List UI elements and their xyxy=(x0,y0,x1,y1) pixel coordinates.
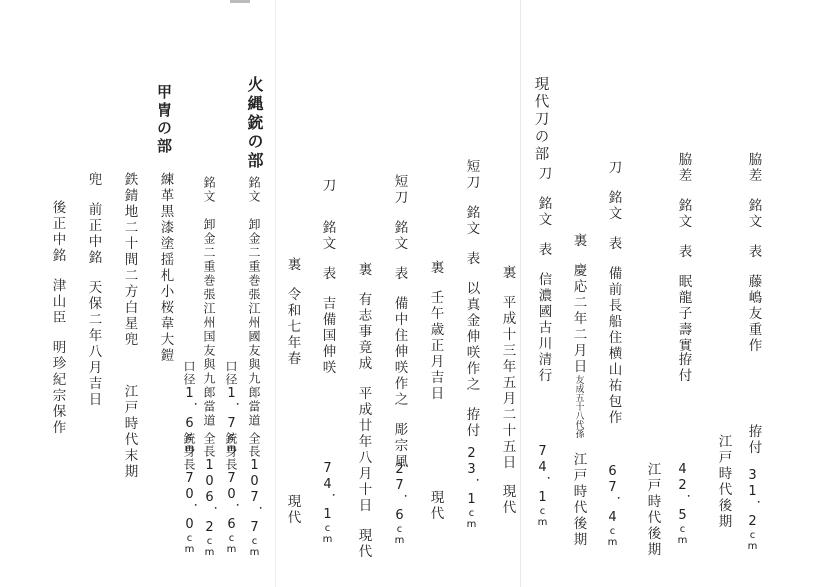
tanto-1-omote: 以真金伸咲作之 xyxy=(464,281,480,393)
katana-1-type: 刀 xyxy=(606,160,622,176)
kabuto-front-mei: 前正中銘 xyxy=(86,202,102,266)
modern-katana-ura-date: 平成十三年五月二十五日 xyxy=(500,295,516,471)
wakizashi-1-omote: 藤嶋友重作 xyxy=(746,274,762,354)
wakizashi-2-mei-label: 銘文 xyxy=(676,198,692,230)
katana-2-omote-label: 表 xyxy=(320,266,336,282)
armor-era: 江戸時代末期 xyxy=(122,384,136,480)
katana-1-ura-label: 裏 xyxy=(571,233,587,249)
wakizashi-1-era: 江戸時代後期 xyxy=(716,434,730,530)
katana-1-era: 江戸時代後期 xyxy=(571,452,587,548)
tanto-2-mei-label: 銘文 xyxy=(392,220,408,252)
armor-item-2: 鉄錆地二十間二方白星兜 xyxy=(122,172,136,348)
katana-1-omote-label: 表 xyxy=(606,236,622,252)
modern-katana-omote-label: 表 xyxy=(536,242,552,258)
tanto-1-length: 23．1cm xyxy=(465,446,478,530)
wakizashi-1-mei-label: 銘文 xyxy=(746,198,762,230)
armor-section-heading: 甲冑の部 xyxy=(156,84,171,156)
modern-katana-mei-label: 銘文 xyxy=(536,196,552,228)
katana-1-omote: 備前長船住横山祐包作 xyxy=(606,266,622,426)
katana-2-mei-label: 銘文 xyxy=(320,220,336,252)
tanto-1-koshirae: 拵付 xyxy=(464,407,480,439)
tanto-2-ura-label: 裏 xyxy=(356,262,372,278)
tanto-1-type: 短刀 xyxy=(464,159,480,191)
wakizashi-2-omote: 眠龍子壽實 xyxy=(676,274,692,354)
modern-katana-era: 現代 xyxy=(500,484,514,516)
katana-1-ura-date: 慶応二年二月日 xyxy=(571,263,587,375)
tanto-1-mei-label: 銘文 xyxy=(464,205,480,237)
modern-katana-entry: 刀銘文表信濃國古川清行 xyxy=(536,166,550,384)
tanto-1-ura-date: 壬午歳正月吉日 xyxy=(428,290,444,402)
page-fold-line xyxy=(520,0,521,587)
katana-2-ura-label: 裏 xyxy=(285,257,301,273)
wakizashi-2-length: 42．5cm xyxy=(676,462,689,546)
scan-edge-mark xyxy=(230,0,250,3)
armor-item-1: 練革黒漆塗揺札小桜韋大鎧 xyxy=(158,172,172,364)
tanto-2-ura-date: 平成廿年八月十日 xyxy=(356,386,372,514)
wakizashi-2-omote-label: 表 xyxy=(676,244,692,260)
page-fold-line-2 xyxy=(275,0,276,587)
kabuto-maker-1: 津山臣 xyxy=(50,278,66,326)
modern-katana-ura-label: 裏 xyxy=(500,265,516,281)
katana-2-omote: 吉備国伸咲 xyxy=(320,296,336,376)
tanto-1-ura: 裏壬午歳正月吉日 xyxy=(428,260,442,402)
gun-1-entry: 銘文卸金二重巻張江州國友與九郎當道 xyxy=(248,176,260,428)
wakizashi-1-omote-label: 表 xyxy=(746,244,762,260)
wakizashi-1-type: 脇差 xyxy=(746,152,762,184)
kabuto-date: 天保二年八月吉日 xyxy=(86,280,102,408)
kabuto-front-inscription: 兜前正中銘天保二年八月吉日 xyxy=(86,172,100,408)
modern-katana-ura: 裏平成十三年五月二十五日 xyxy=(500,265,514,471)
tanto-2-length: 27．6cm xyxy=(393,462,406,546)
tanto-1-omote-label: 表 xyxy=(464,251,480,267)
modern-katana-type: 刀 xyxy=(536,166,552,182)
katana-2-ura-date: 令和七年春 xyxy=(285,287,301,367)
gun-2-mei: 卸金二重巻張江州国友與九郎當道 xyxy=(202,218,216,428)
gun-2-barrel-2: 銃身長70．0cm xyxy=(183,432,196,555)
gun-2-total-length: 全長106．2cm xyxy=(203,432,216,558)
tanto-2-type: 短刀 xyxy=(392,174,408,206)
kabuto-maker-2: 明珍紀宗保作 xyxy=(50,340,66,436)
gun-1-mei: 卸金二重巻張江州國友與九郎當道 xyxy=(247,218,261,428)
modern-section-heading: 現代刀の部 xyxy=(533,76,548,164)
katana-2-length: 74．1cm xyxy=(321,461,334,545)
wakizashi-1-entry: 脇差銘文表藤嶋友重作 xyxy=(746,152,760,354)
kabuto-back-mei: 後正中銘 xyxy=(50,200,66,264)
wakizashi-2-era: 江戸時代後期 xyxy=(645,462,659,558)
tanto-1-ura-label: 裏 xyxy=(428,260,444,276)
wakizashi-2-entry: 脇差銘文表眠龍子壽實 xyxy=(676,152,690,354)
katana-2-entry: 刀銘文表吉備国伸咲 xyxy=(320,178,334,376)
gun-2-barrel-1: 銃身長70．6cm xyxy=(225,432,238,555)
katana-2-ura: 裏令和七年春 xyxy=(285,257,299,367)
modern-katana-length: 74．1cm xyxy=(536,444,549,528)
tanto-2-entry: 短刀銘文表備中住伸咲作之彫宗風 xyxy=(392,174,406,470)
gun-1-mei-label: 銘文 xyxy=(247,176,261,204)
kabuto-back-inscription: 後正中銘津山臣明珍紀宗保作 xyxy=(50,200,64,436)
gun-2-entry: 銘文卸金二重巻張江州国友與九郎當道 xyxy=(203,176,215,428)
tanto-2-omote-label: 表 xyxy=(392,266,408,282)
wakizashi-1-length: 31．2cm xyxy=(746,468,759,552)
matchlock-section-heading: 火縄銃の部 xyxy=(246,76,262,171)
katana-2-era: 現代 xyxy=(285,494,299,526)
katana-1-ura-lineage: 友成五十八代孫 xyxy=(574,375,584,438)
wakizashi-1-koshirae: 拵付 xyxy=(746,424,760,456)
kabuto-label: 兜 xyxy=(86,172,102,188)
tanto-2-ura-text: 有志事竟成 xyxy=(356,292,372,372)
katana-1-ura: 裏慶応二年二月日友成五十八代孫江戸時代後期 xyxy=(571,233,585,548)
modern-katana-omote: 信濃國古川清行 xyxy=(536,272,552,384)
katana-2-type: 刀 xyxy=(320,178,336,194)
katana-1-mei-label: 銘文 xyxy=(606,190,622,222)
tanto-2-omote: 備中住伸咲作之 xyxy=(392,296,408,408)
wakizashi-2-koshirae: 拵付 xyxy=(676,352,690,384)
tanto-1-entry: 短刀銘文表以真金伸咲作之拵付 xyxy=(464,159,478,439)
wakizashi-2-type: 脇差 xyxy=(676,152,692,184)
tanto-1-era: 現代 xyxy=(428,490,442,522)
katana-1-entry: 刀銘文表備前長船住横山祐包作 xyxy=(606,160,620,426)
gun-1-total-length: 全長107．7cm xyxy=(248,432,261,558)
tanto-2-ura: 裏有志事竟成平成廿年八月十日現代 xyxy=(356,262,370,560)
katana-1-length: 67．4cm xyxy=(606,464,619,548)
tanto-2-era: 現代 xyxy=(356,528,372,560)
gun-2-mei-label: 銘文 xyxy=(202,176,216,204)
